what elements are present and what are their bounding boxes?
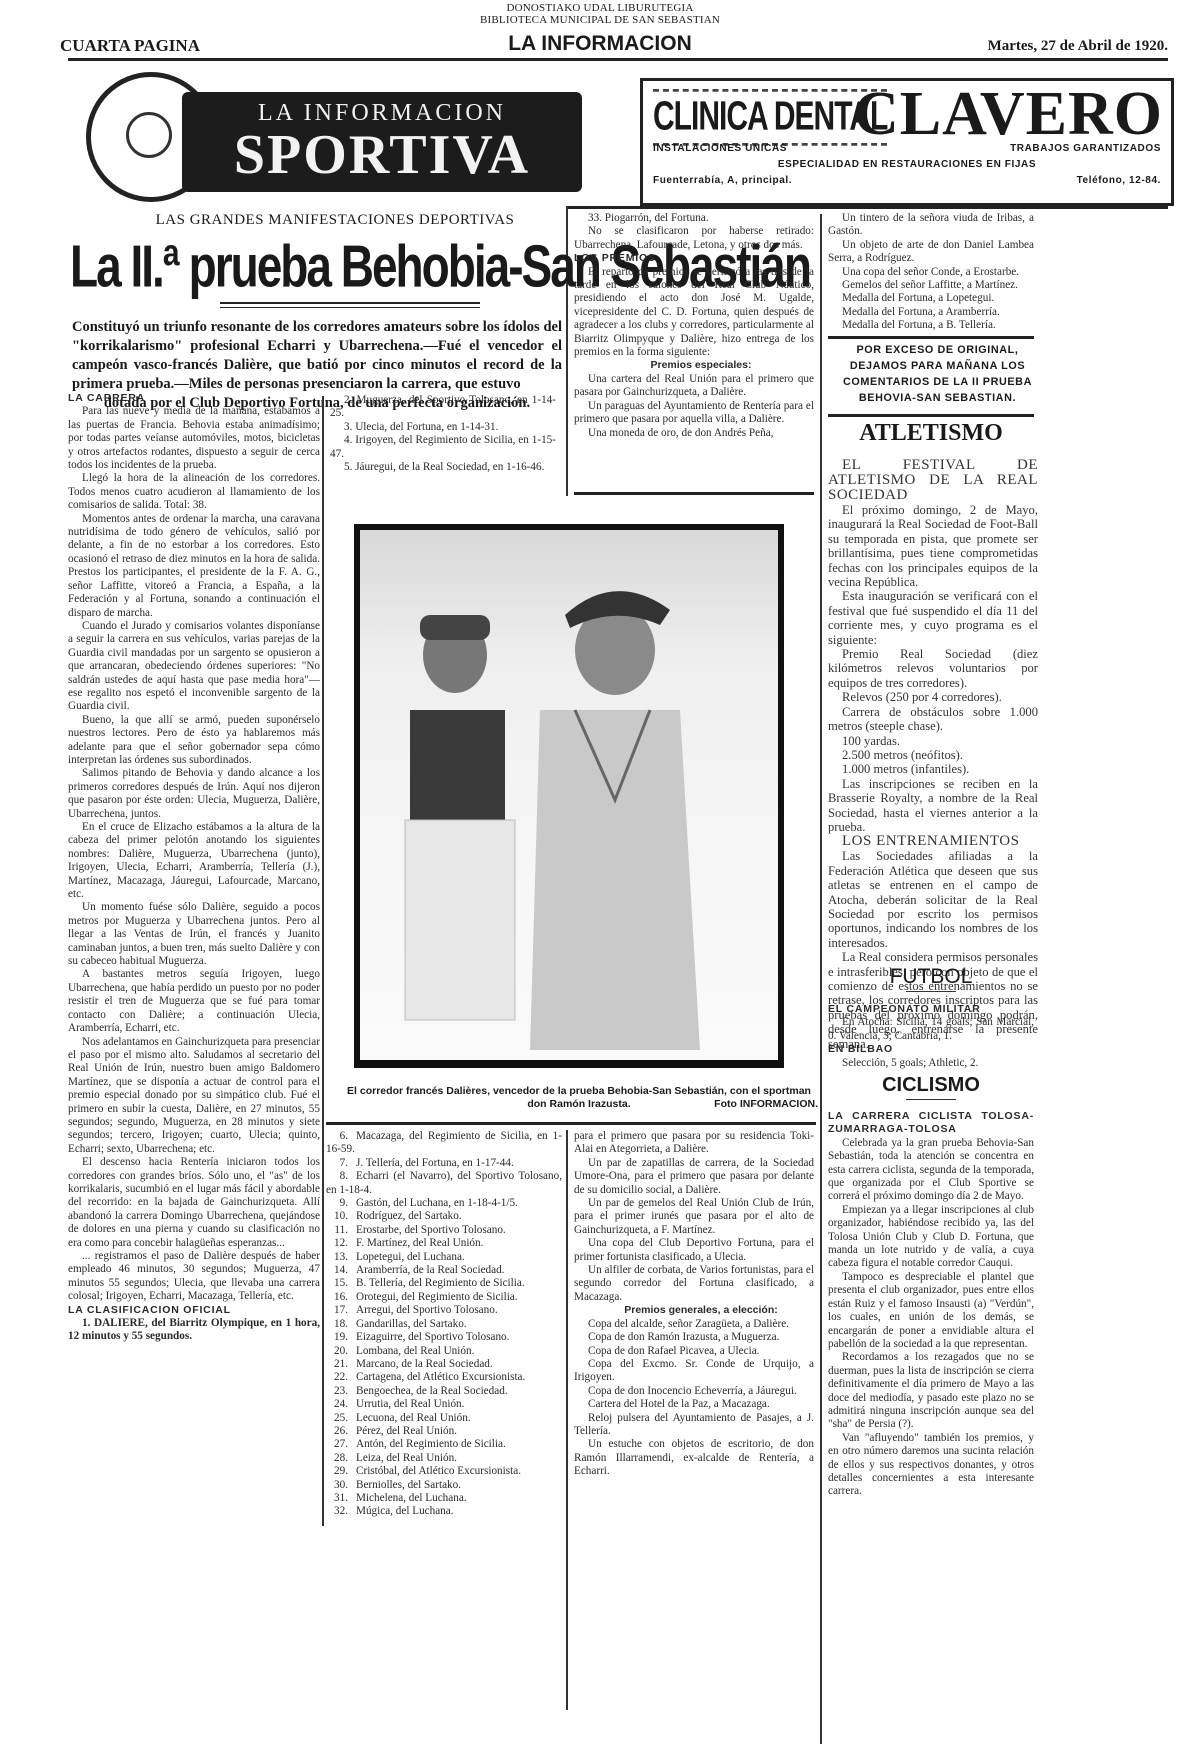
paragraph: Selección, 5 goals; Athletic, 2.	[828, 1057, 1034, 1070]
paragraph: Un estuche con objetos de escritorio, de…	[574, 1438, 814, 1478]
paragraph: Cartera del Hotel de la Paz, a Macazaga.	[574, 1398, 814, 1411]
logo-banner: LA INFORMACION SPORTIVA	[182, 92, 582, 192]
subhead-premios-generales: Premios generales, a elección:	[574, 1304, 814, 1317]
column-la-carrera: LA CARRERA Para las nueve y media de la …	[68, 392, 320, 1344]
notice-rule-top	[828, 336, 1034, 339]
classification-entry: 17.Arregui, del Sportivo Tolosano.	[326, 1304, 562, 1317]
paragraph: Medalla del Fortuna, a Aramberría.	[828, 306, 1034, 319]
paragraph: Un objeto de arte de don Daniel Lambea S…	[828, 239, 1034, 266]
paragraph: Esta inauguración se verificará con el f…	[828, 589, 1038, 647]
classification-entry: 28.Leiza, del Real Unión.	[326, 1452, 562, 1465]
paragraph: Una cartera del Real Unión para el prime…	[574, 373, 814, 400]
section-rule	[574, 492, 814, 495]
classification-entry: 7.J. Tellería, del Fortuna, en 1-17-44.	[326, 1157, 562, 1170]
archive-line-2: BIBLIOTECA MUNICIPAL DE SAN SEBASTIAN	[0, 14, 1200, 26]
subhead-clasificacion: LA CLASIFICACION OFICIAL	[68, 1304, 320, 1317]
headline-rule	[220, 302, 480, 308]
photo-dalieres-irazusta	[354, 524, 784, 1068]
paragraph: Gemelos del señor Laffitte, a Martínez.	[828, 279, 1034, 292]
classification-entry: 25.Lecuona, del Real Unión.	[326, 1412, 562, 1425]
paragraph: Carrera de obstáculos sobre 1.000 metros…	[828, 705, 1038, 734]
column-prizes-continued: Un tintero de la señora viuda de Iribas,…	[828, 212, 1034, 333]
paragraph: 2.500 metros (neófitos).	[828, 748, 1038, 762]
paragraph: Reloj pulsera del Ayuntamiento de Pasaje…	[574, 1412, 814, 1439]
classification-entry: 19.Eizaguirre, del Sportivo Tolosano.	[326, 1331, 562, 1344]
paragraph: A bastantes metros seguía Irigoyen, lueg…	[68, 968, 320, 1035]
column-rule	[322, 396, 324, 1526]
section-ciclismo: CICLISMO	[828, 1074, 1034, 1104]
issue-date: Martes, 27 de Abril de 1920.	[988, 38, 1168, 55]
classification-entry: 16.Orotegui, del Regimiento de Sicilia.	[326, 1291, 562, 1304]
classification-entry: 8.Echarri (el Navarro), del Sportivo Tol…	[326, 1170, 562, 1197]
paragraph: Relevos (250 por 4 corredores).	[828, 690, 1038, 704]
paragraph: Celebrada ya la gran prueba Behovia-San …	[828, 1137, 1034, 1204]
logo-line-1: LA INFORMACION	[182, 100, 582, 127]
classification-entry: 32.Múgica, del Luchana.	[326, 1505, 562, 1518]
first-place: 1. DALIERE, del Biarritz Olympique, en 1…	[68, 1317, 320, 1344]
atletismo-body: EL FESTIVAL DE ATLETISMO DE LA REAL SOCI…	[828, 458, 1038, 1051]
futbol-rule	[906, 991, 956, 992]
sportiva-logo: LA INFORMACION SPORTIVA	[82, 72, 582, 202]
classification-entry: 27.Antón, del Regimiento de Sicilia.	[326, 1438, 562, 1451]
paragraph: 100 yardas.	[828, 734, 1038, 748]
ad-left-tag: INSTALACIONES UNICAS	[653, 143, 787, 154]
paragraph: para el primero que pasara por su reside…	[574, 1130, 814, 1157]
paragraph: Llegó la hora de la alineación de los co…	[68, 472, 320, 512]
notice-box: POR EXCESO DE ORIGINAL, DEJAMOS PARA MAÑ…	[840, 342, 1035, 406]
classification-entry: 11.Erostarbe, del Sportivo Tolosano.	[326, 1224, 562, 1237]
dental-advertisement: CLINICA DENTAL CLAVERO INSTALACIONES UNI…	[640, 78, 1174, 206]
paragraph: Medalla del Fortuna, a B. Tellería.	[828, 319, 1034, 332]
paragraph: Copa de don Rafael Picavea, a Ulecia.	[574, 1345, 814, 1358]
paragraph: Un par de gemelos del Real Unión Club de…	[574, 1197, 814, 1237]
column-premios-bottom: para el primero que pasara por su reside…	[574, 1130, 814, 1479]
logo-line-2: SPORTIVA	[182, 127, 582, 183]
classification-entry: 24.Urrutia, del Real Unión.	[326, 1398, 562, 1411]
paragraph: Bueno, la que allí se armó, pueden supon…	[68, 714, 320, 768]
archive-line-1: DONOSTIAKO UDAL LIBURUTEGIA	[0, 2, 1200, 14]
ad-title: CLINICA DENTAL	[653, 89, 887, 146]
classification-entry: 12.F. Martínez, del Real Unión.	[326, 1237, 562, 1250]
classification-entry: 6.Macazaga, del Regimiento de Sicilia, e…	[326, 1130, 562, 1157]
deck-text: Constituyó un triunfo resonante de los c…	[72, 318, 562, 394]
paragraph: Para las nueve y media de la mañana, est…	[68, 405, 320, 472]
paragraph: Una copa del Club Deportivo Fortuna, par…	[574, 1237, 814, 1264]
article-kicker: LAS GRANDES MANIFESTACIONES DEPORTIVAS	[100, 212, 570, 229]
paragraph: Una copa del señor Conde, a Erostarbe.	[828, 266, 1034, 279]
ciclismo-rule	[906, 1099, 956, 1100]
futbol-title: FUTBOL	[828, 965, 1034, 989]
column-premios: 33. Piogarrón, del Fortuna. No se clasif…	[574, 212, 814, 440]
paragraph: Copa del Excmo. Sr. Conde de Urquijo, a …	[574, 1358, 814, 1385]
classification-entry: 31.Michelena, del Luchana.	[326, 1492, 562, 1505]
paragraph: ... registramos el paso de Dalière despu…	[68, 1250, 320, 1304]
ad-bottom-rule	[568, 206, 1168, 209]
ciclismo-body: LA CARRERA CICLISTA TOLOSA-ZUMARRAGA-TOL…	[828, 1110, 1034, 1499]
column-rule	[820, 214, 822, 1744]
paragraph: Un momento fuése sólo Dalière, seguido a…	[68, 901, 320, 968]
paragraph: Tampoco es despreciable el plantel que p…	[828, 1271, 1034, 1351]
subhead-bilbao: EN BILBAO	[828, 1043, 1034, 1056]
paragraph: Empiezan ya a llegar inscripciones al cl…	[828, 1204, 1034, 1271]
ciclismo-title: CICLISMO	[828, 1074, 1034, 1097]
classification-entry: 3. Ulecia, del Fortuna, en 1-14-31.	[330, 421, 556, 434]
paragraph: El descenso hacia Rentería iniciaron tod…	[68, 1156, 320, 1250]
article-headline: La II.ª prueba Behobia-San Sebastián	[70, 232, 580, 300]
paragraph: Van "afluyendo" también los premios, y e…	[828, 1432, 1034, 1499]
ad-brand: CLAVERO	[854, 83, 1163, 145]
paragraph: En Atocha: Sicilia, 14 goals; San Marcia…	[828, 1016, 1034, 1043]
classification-entry: 23.Bengoechea, de la Real Sociedad.	[326, 1385, 562, 1398]
paragraph: Copa del alcalde, señor Zaragüeta, a Dal…	[574, 1318, 814, 1331]
classification-entry: 4. Irigoyen, del Regimiento de Sicilia, …	[330, 434, 556, 461]
ad-address: Fuenterrabía, A, principal.	[653, 175, 792, 186]
paragraph: Cuando el Jurado y comisarios volantes d…	[68, 620, 320, 714]
classification-entry: 5. Jáuregui, de la Real Sociedad, en 1-1…	[330, 461, 556, 474]
classification-entry: 18.Gandarillas, del Sartako.	[326, 1318, 562, 1331]
paragraph: El próximo domingo, 2 de Mayo, inaugurar…	[828, 503, 1038, 589]
archive-header: DONOSTIAKO UDAL LIBURUTEGIA BIBLIOTECA M…	[0, 2, 1200, 26]
photo-illustration	[360, 530, 778, 1060]
classification-top: 2. Muguerza, del Sportivo Tolosano, en 1…	[330, 394, 556, 474]
ad-specialty: ESPECIALIDAD EN RESTAURACIONES EN FIJAS	[643, 159, 1171, 170]
subhead-festival: EL FESTIVAL DE ATLETISMO DE LA REAL SOCI…	[828, 458, 1038, 503]
paragraph: Nos adelantamos en Gainchurizqueta para …	[68, 1036, 320, 1157]
paragraph: Salimos pitando de Behovia y dando alcan…	[68, 767, 320, 821]
subhead-campeonato-militar: EL CAMPEONATO MILITAR	[828, 1003, 1034, 1016]
caption-rule	[326, 1122, 816, 1125]
classification-entry: 20.Lombana, del Real Unión.	[326, 1345, 562, 1358]
paragraph: Un alfiler de corbata, de Varios fortuni…	[574, 1264, 814, 1304]
paragraph: Momentos antes de ordenar la marcha, una…	[68, 513, 320, 620]
paragraph: Un tintero de la señora viuda de Iribas,…	[828, 212, 1034, 239]
paragraph: En el cruce de Elizacho estábamos a la a…	[68, 821, 320, 901]
paragraph: No se clasificaron por haberse retirado:…	[574, 225, 814, 252]
classification-entry: 26.Pérez, del Real Unión.	[326, 1425, 562, 1438]
section-futbol: FUTBOL	[828, 965, 1034, 998]
classification-entry: 21.Marcano, de la Real Sociedad.	[326, 1358, 562, 1371]
subhead-tolosa: LA CARRERA CICLISTA TOLOSA-ZUMARRAGA-TOL…	[828, 1110, 1034, 1137]
classification-entry: 15.B. Tellería, del Regimiento de Sicili…	[326, 1277, 562, 1290]
paragraph: Copa de don Inocencio Echeverría, a Jáur…	[574, 1385, 814, 1398]
paragraph: Premio Real Sociedad (diez kilómetros re…	[828, 647, 1038, 690]
paragraph: El reparto de premios se verificó a las …	[574, 266, 814, 360]
paragraph: Las Sociedades afiliadas a la Federación…	[828, 849, 1038, 950]
paragraph: Un par de zapatillas de carrera, de la S…	[574, 1157, 814, 1197]
ad-phone: Teléfono, 12-84.	[1077, 175, 1161, 186]
paragraph: 33. Piogarrón, del Fortuna.	[574, 212, 814, 225]
subhead-la-carrera: LA CARRERA	[68, 392, 320, 405]
subhead-premios: LOS PREMIOS	[574, 252, 814, 265]
paragraph: 1.000 metros (infantiles).	[828, 762, 1038, 776]
column-rule	[566, 1130, 568, 1710]
classification-entry: 29.Cristóbal, del Atlético Excursionista…	[326, 1465, 562, 1478]
classification-entry: 22.Cartagena, del Atlético Excursionista…	[326, 1371, 562, 1384]
classification-bottom: 6.Macazaga, del Regimiento de Sicilia, e…	[326, 1130, 562, 1519]
notice-rule-bottom	[828, 414, 1034, 417]
paragraph: Copa de don Ramón Irazusta, a Muguerza.	[574, 1331, 814, 1344]
subhead-entrenamientos: LOS ENTRENAMIENTOS	[828, 834, 1038, 849]
photo-caption-block: El corredor francés Dalières, vencedor d…	[340, 1085, 818, 1111]
paragraph: Recordamos a los rezagados que no se due…	[828, 1351, 1034, 1431]
header-rule	[68, 58, 1168, 61]
paragraph: Una moneda de oro, de don Andrés Peña,	[574, 427, 814, 440]
paragraph: Medalla del Fortuna, a Lopetegui.	[828, 292, 1034, 305]
classification-entry: 13.Lopetegui, del Luchana.	[326, 1251, 562, 1264]
ad-right-tag: TRABAJOS GARANTIZADOS	[1010, 143, 1161, 154]
classification-entry: 14.Aramberría, de la Real Sociedad.	[326, 1264, 562, 1277]
classification-entry: 9.Gastón, del Luchana, en 1-18-4-1/5.	[326, 1197, 562, 1210]
paragraph: Un paraguas del Ayuntamiento de Rentería…	[574, 400, 814, 427]
paragraph: Las inscripciones se reciben en la Brass…	[828, 777, 1038, 835]
section-atletismo: ATLETISMO	[828, 420, 1034, 447]
classification-entry: 10.Rodríguez, del Sartako.	[326, 1210, 562, 1223]
classification-entry: 30.Berniolles, del Sartako.	[326, 1479, 562, 1492]
futbol-body: EL CAMPEONATO MILITAR En Atocha: Sicilia…	[828, 1003, 1034, 1070]
subhead-premios-especiales: Premios especiales:	[574, 359, 814, 372]
classification-entry: 2. Muguerza, del Sportivo Tolosano, en 1…	[330, 394, 556, 421]
atletismo-title: ATLETISMO	[828, 420, 1034, 447]
